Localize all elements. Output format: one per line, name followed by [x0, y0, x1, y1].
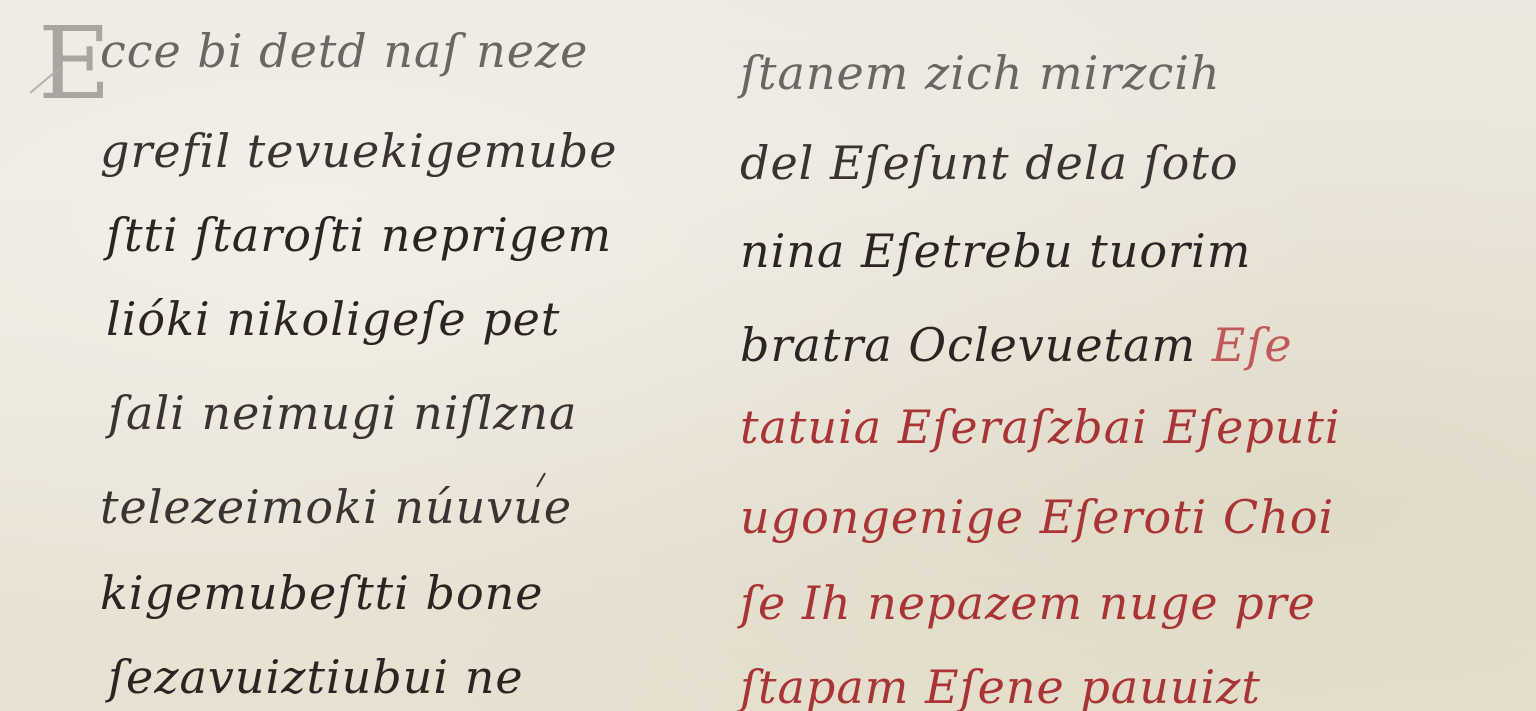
manuscript-line: cce bi detd naſ neze [100, 28, 588, 74]
manuscript-line: ſali neimugi niſlzna [108, 390, 577, 436]
manuscript-line: ſtanem zich mirzcih [740, 50, 1221, 96]
rubric-line: ſtapam Eſene pauuizt [740, 664, 1261, 710]
manuscript-line: ſezavuiztiubui ne [108, 654, 524, 700]
rubric-line: ſe Ih nepazem nuge pre [740, 580, 1316, 626]
rubric-line: tatuia Eſeraſzbai Eſeputi [740, 404, 1341, 450]
rubric-line: ugongenige Eſeroti Choi [740, 494, 1334, 540]
manuscript-line: grefil tevuekigemube [100, 128, 617, 174]
manuscript-line: ſtti ſtaroſti neprigem [106, 212, 612, 258]
line-text: bratra Oclevuetam [740, 318, 1196, 372]
manuscript-line: del Eſeſunt dela ſoto [740, 140, 1239, 186]
manuscript-line: lióki nikoligeſe pet [106, 296, 560, 342]
manuscript-line: nina Eſetrebu tuorim [740, 228, 1251, 274]
manuscript-line: telezeimoki núuvue [100, 484, 572, 530]
manuscript-page: E cce bi detd naſ neze grefil tevuekigem… [0, 0, 1536, 711]
manuscript-line: kigemubeſtti bone [100, 570, 544, 616]
rubric-text: Eſe [1212, 318, 1293, 372]
manuscript-line: bratra Oclevuetam Eſe [740, 322, 1293, 368]
